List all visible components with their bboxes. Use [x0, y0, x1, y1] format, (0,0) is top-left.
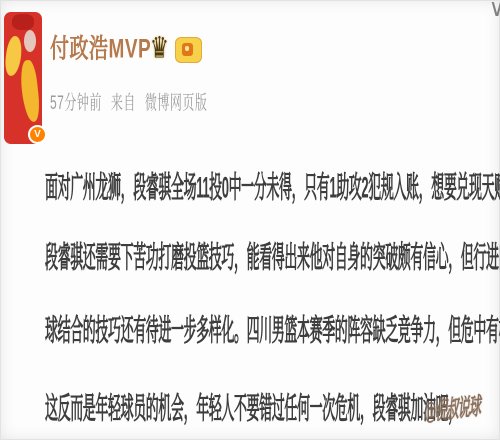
timestamp[interactable]: 57分钟前: [50, 91, 102, 113]
avatar-art: [19, 59, 41, 122]
crown-icon: ♛: [150, 31, 169, 66]
verified-badge-icon: V: [28, 125, 47, 144]
vip-badge-glyph: [185, 46, 189, 51]
post-text-line: 面对广州龙狮，段睿骐全场11投0中一分未得，只有1助攻2犯规入账，想要兑现天赋，: [45, 163, 500, 207]
source-label: 来自: [111, 91, 136, 113]
post-text-line: 段睿骐还需要下苦功打磨投篮技巧，能看得出来他对自身的突破颇有信心，但行进间人: [45, 233, 500, 277]
avatar-art: [12, 14, 34, 30]
chevron-down-icon[interactable]: ∨: [489, 0, 500, 23]
weibo-post-card: V 付政浩MVP ♛ 57分钟前来自微博网页版 ∨ 面对广州龙狮，段睿骐全场11…: [0, 0, 500, 440]
post-text-line: 球结合的技巧还有待进一步多样化。四川男篮本赛季的阵容缺乏竞争力，但危中有机，: [45, 306, 500, 350]
avatar-art: [24, 30, 36, 52]
post-meta: 57分钟前来自微博网页版: [50, 88, 207, 115]
avatar[interactable]: V: [4, 12, 42, 144]
watermark: @倪叔说球: [424, 388, 481, 428]
post-text-line: 这反而是年轻球员的机会，年轻人不要错过任何一次危机，段睿骐加油吧，: [45, 384, 461, 428]
author-name[interactable]: 付政浩MVP: [50, 28, 151, 66]
source-link[interactable]: 微博网页版: [145, 91, 208, 113]
vip-badge-icon: [175, 37, 202, 63]
